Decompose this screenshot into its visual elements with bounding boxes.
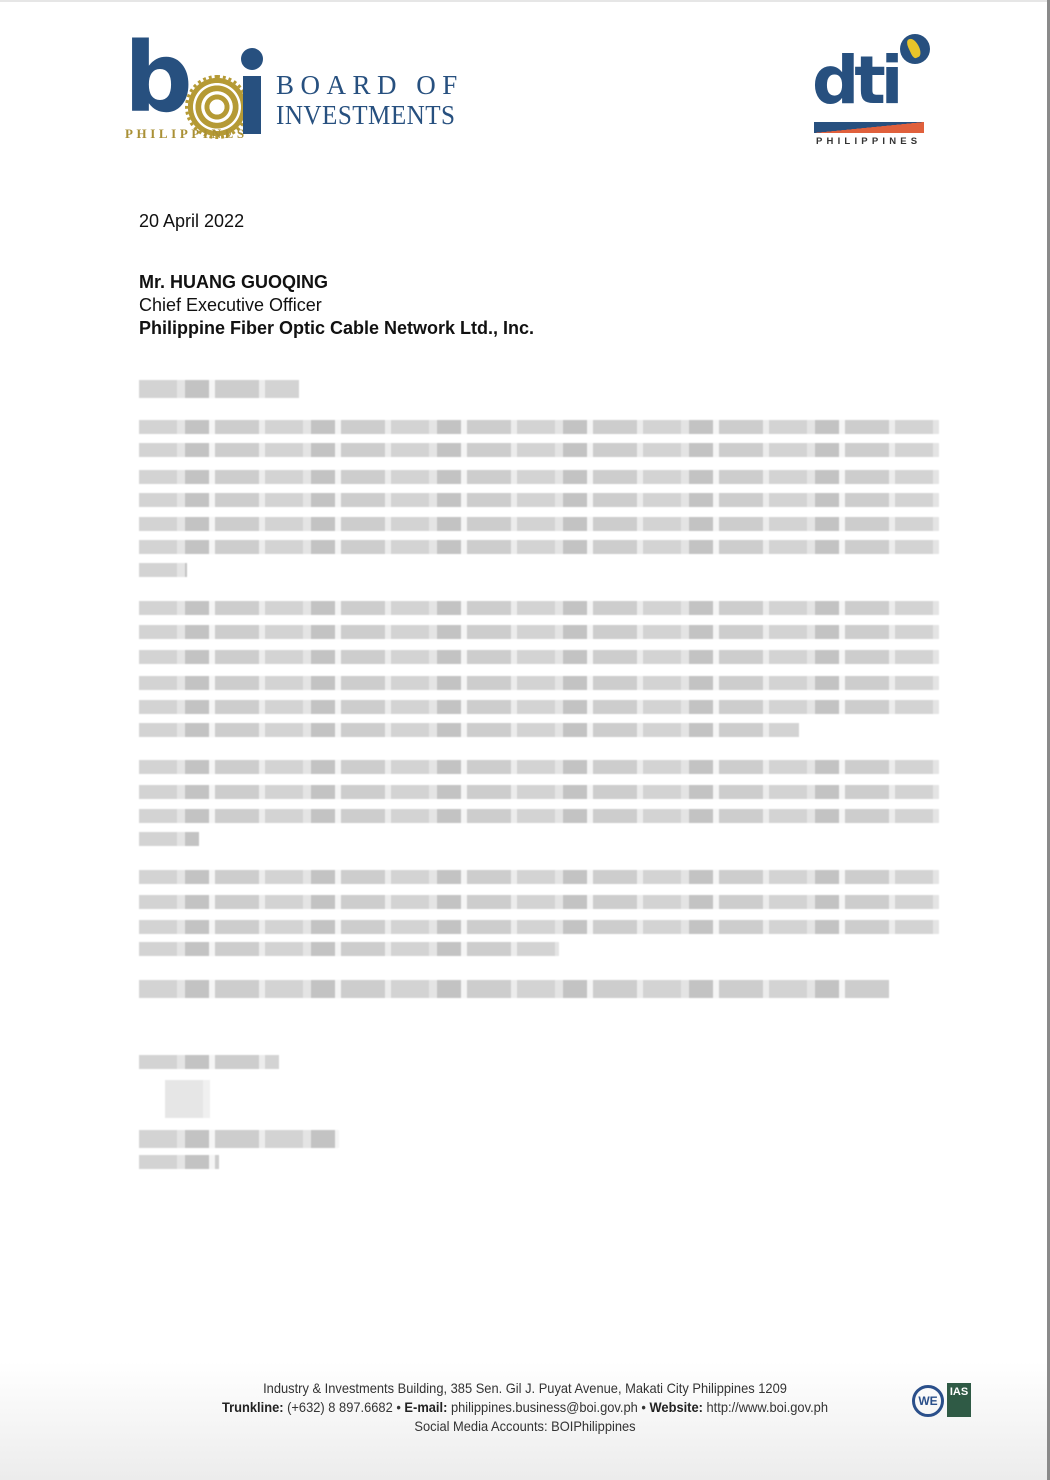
trunkline-number: (+632) 8 897.6682 <box>287 1399 393 1415</box>
redacted-signature <box>165 1080 210 1118</box>
redacted-signatory-title <box>139 1155 219 1169</box>
certification-badges: WE IAS <box>912 1383 972 1419</box>
boi-name-line1: BOARD OF <box>276 70 469 100</box>
redacted-line <box>139 832 199 846</box>
redacted-line <box>139 870 939 884</box>
redacted-line <box>139 809 939 823</box>
trunkline-label: Trunkline: <box>222 1399 284 1415</box>
redacted-line <box>139 540 939 554</box>
redacted-line <box>139 650 939 664</box>
recipient-block: Mr. HUANG GUOQING Chief Executive Office… <box>139 271 534 340</box>
letter-date: 20 April 2022 <box>139 211 244 232</box>
boi-logo-country: PHILIPPINES <box>125 126 248 142</box>
dti-logo-text: dti <box>812 48 898 114</box>
we-certification-icon: WE <box>912 1385 944 1417</box>
redacted-line <box>139 420 939 434</box>
footer-social: Social Media Accounts: BOIPhilippines <box>42 1417 1008 1436</box>
ias-accreditation-icon: IAS <box>947 1383 971 1417</box>
redacted-line <box>139 676 939 690</box>
letter-footer: Industry & Investments Building, 385 Sen… <box>42 1379 1008 1436</box>
redacted-line <box>139 517 939 531</box>
recipient-name: Mr. HUANG GUOQING <box>139 271 534 294</box>
redacted-salutation <box>139 380 299 398</box>
website-label: Website: <box>649 1399 702 1415</box>
redacted-line <box>139 723 799 737</box>
email-address: philippines.business@boi.gov.ph <box>451 1399 638 1415</box>
redacted-signatory-name <box>139 1130 339 1148</box>
email-label: E-mail: <box>404 1399 447 1415</box>
dti-logo: dti PHILIPPINES <box>812 34 932 150</box>
redacted-line <box>139 601 939 615</box>
boi-logo-b: b <box>124 30 189 126</box>
redacted-line <box>139 493 939 507</box>
redacted-line <box>139 920 939 934</box>
page-top-edge <box>0 0 1050 2</box>
redacted-closing <box>139 1055 279 1069</box>
redacted-line <box>139 785 939 799</box>
redacted-paragraph-5 <box>139 980 889 998</box>
boi-logo: b PHILIPPINES BOARD OF INVESTMENTS <box>124 44 444 144</box>
footer-contacts: Trunkline: (+632) 8 897.6682 • E-mail: p… <box>42 1398 1008 1417</box>
footer-address: Industry & Investments Building, 385 Sen… <box>42 1379 1008 1398</box>
redacted-line <box>139 760 939 774</box>
dti-logo-bar <box>814 122 924 133</box>
redacted-line <box>139 443 939 457</box>
recipient-title: Chief Executive Officer <box>139 294 534 317</box>
redacted-line <box>139 470 939 484</box>
redacted-line <box>139 625 939 639</box>
dti-logo-country: PHILIPPINES <box>816 136 921 147</box>
website-url: http://www.boi.gov.ph <box>707 1399 828 1415</box>
boi-logo-name: BOARD OF INVESTMENTS <box>276 70 469 130</box>
bullet: • <box>396 1399 401 1415</box>
redacted-line <box>139 700 939 714</box>
bullet: • <box>641 1399 646 1415</box>
redacted-line <box>139 942 559 956</box>
philippines-map-icon <box>900 34 930 64</box>
recipient-company: Philippine Fiber Optic Cable Network Ltd… <box>139 317 534 340</box>
boi-logo-i-dot <box>241 48 263 70</box>
boi-name-line2: INVESTMENTS <box>276 100 455 130</box>
redacted-line <box>139 563 187 577</box>
redacted-line <box>139 895 939 909</box>
